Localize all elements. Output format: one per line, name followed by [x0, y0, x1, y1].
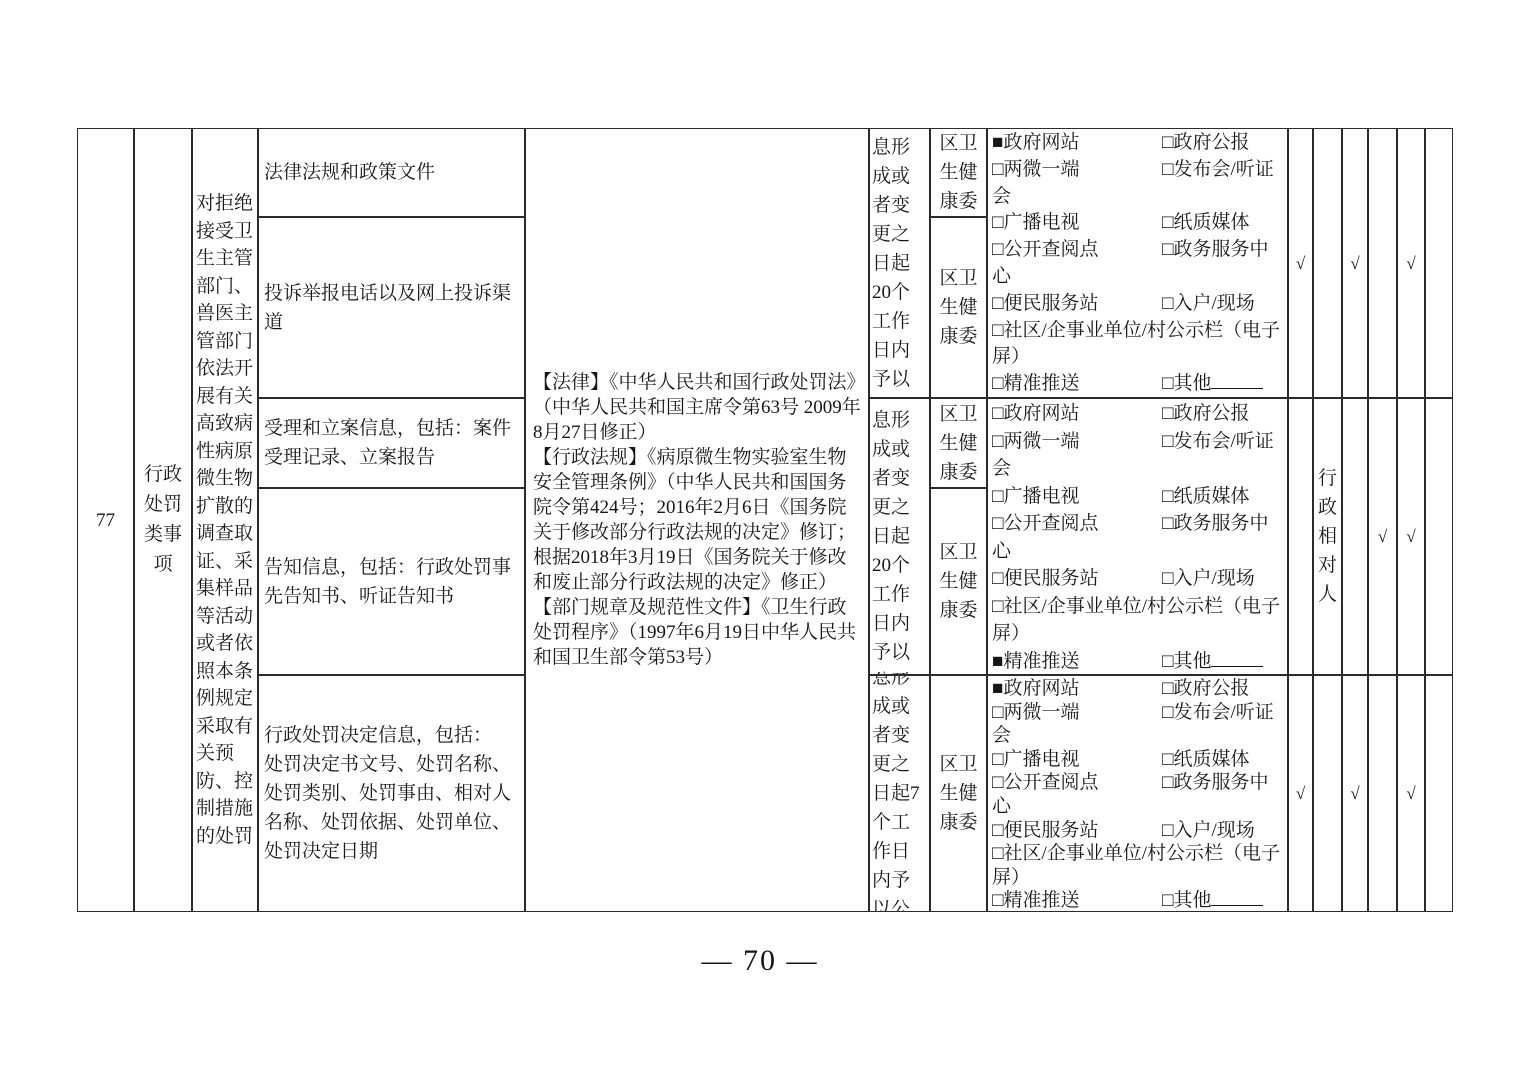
- channel-option: □入户/现场: [1162, 291, 1287, 318]
- channel-line: 心: [992, 538, 1287, 566]
- channel-line: □社区/企事业单位/村公示栏（电子: [992, 842, 1287, 866]
- time-limit: 自信息形成或者变更之日起7个工作日内予以公开: [872, 675, 927, 912]
- org-cell-3: 区卫生健康委: [930, 398, 987, 488]
- audience-cell: 行政相对人: [1313, 398, 1342, 675]
- channel-line: □广播电视□纸质媒体: [992, 748, 1287, 772]
- mark-cell: [1288, 398, 1313, 675]
- audience-label: 行政相对人: [1314, 464, 1341, 609]
- channel-option: □其他: [1162, 371, 1287, 398]
- content-label: 告知信息，包括：行政处罚事先告知书、听证告知书: [264, 553, 519, 611]
- org-cell-2: 区卫生健康委: [930, 217, 987, 398]
- channel-option: □政务服务中: [1162, 510, 1287, 538]
- time-limit: 自信息形成或者变更之日起20个工作日内予以公开: [872, 398, 927, 675]
- channel-option: □发布会/听证: [1162, 157, 1287, 184]
- channel-option: □便民服务站: [992, 819, 1162, 843]
- mark-cell: [1368, 128, 1397, 398]
- channel-option: □纸质媒体: [1162, 483, 1287, 511]
- org-label: 区卫生健康委: [931, 129, 986, 216]
- channels-cell-3: ■政府网站□政府公报 □两微一端□发布会/听证 会 □广播电视□纸质媒体 □公开…: [987, 675, 1288, 912]
- channel-option: □便民服务站: [992, 291, 1162, 318]
- channel-line: ■政府网站□政府公报: [992, 677, 1287, 701]
- time-limit-cell-1: 自信息形成或者变更之日起20个工作日内予以公开: [869, 128, 930, 398]
- channel-line: □便民服务站□入户/现场: [992, 819, 1287, 843]
- org-label: 区卫生健康委: [931, 750, 986, 837]
- check-mark: √: [1350, 780, 1359, 807]
- mark-cell: [1313, 675, 1342, 912]
- channel-option: □社区/企事业单位/村公示栏（电子: [992, 318, 1280, 345]
- org-label: 区卫生健康委: [931, 264, 986, 351]
- mark-cell: [1425, 128, 1453, 398]
- channel-line: □公开查阅点□政务服务中: [992, 771, 1287, 795]
- channel-line: 心: [992, 795, 1287, 819]
- channel-line: □精准推送□其他: [992, 371, 1287, 398]
- mark-cell: √: [1288, 675, 1313, 912]
- channel-option: □政务服务中: [1162, 237, 1287, 264]
- mark-cell: [1368, 675, 1397, 912]
- content-label: 行政处罚决定信息，包括： 处罚决定书文号、处罚名称、处罚类别、处罚事由、相对人名…: [264, 721, 519, 866]
- org-cell-4: 区卫生健康委: [930, 488, 987, 675]
- legal-law: 【法律】《中华人民共和国行政处罚法》（中华人民共和国主席令第63号 2009年8…: [533, 370, 861, 445]
- channel-option: □纸质媒体: [1162, 748, 1287, 772]
- check-mark: √: [1406, 250, 1415, 277]
- channel-option: □政府公报: [1162, 400, 1287, 428]
- mark-cell: [1425, 398, 1453, 675]
- channel-option: □两微一端: [992, 157, 1162, 184]
- channel-option: 心: [992, 795, 1162, 819]
- channel-line: 屏）: [992, 344, 1287, 371]
- channel-option: 屏）: [992, 344, 1162, 371]
- channel-line: 会: [992, 724, 1287, 748]
- document-page: 77 行政处罚类事项 对拒绝接受卫生主管部门、兽医主管部门依法开展有关高致病性病…: [0, 0, 1520, 1074]
- other-blank-line: [1211, 650, 1263, 667]
- seq-number: 77: [96, 507, 115, 534]
- mark-cell: √: [1397, 128, 1425, 398]
- channel-option: □公开查阅点: [992, 771, 1162, 795]
- org-cell-1: 区卫生健康委: [930, 128, 987, 217]
- mark-cell: [1342, 398, 1368, 675]
- channel-option: □政府网站: [992, 400, 1162, 428]
- channel-option: □广播电视: [992, 210, 1162, 237]
- channel-option: 会: [992, 455, 1162, 483]
- channel-option: 会: [992, 184, 1162, 211]
- matrix-table: 77 行政处罚类事项 对拒绝接受卫生主管部门、兽医主管部门依法开展有关高致病性病…: [77, 128, 1453, 912]
- time-limit-cell-2: 自信息形成或者变更之日起20个工作日内予以公开: [869, 398, 930, 675]
- channel-line: □两微一端□发布会/听证: [992, 701, 1287, 725]
- other-blank-line: [1211, 372, 1263, 389]
- channel-line: 会: [992, 184, 1287, 211]
- channel-option: □政府公报: [1162, 130, 1287, 157]
- channel-option: □其他: [1162, 648, 1287, 676]
- channel-line: 屏）: [992, 620, 1287, 648]
- other-blank-line: [1211, 889, 1263, 906]
- channel-option: □公开查阅点: [992, 510, 1162, 538]
- check-mark: √: [1296, 780, 1305, 807]
- content-label: 受理和立案信息，包括：案件受理记录、立案报告: [264, 414, 519, 472]
- page-number: — 70 —: [0, 944, 1520, 978]
- channel-option: □广播电视: [992, 748, 1162, 772]
- content-row-4: 告知信息，包括：行政处罚事先告知书、听证告知书: [258, 488, 525, 675]
- channel-option: □政务服务中: [1162, 771, 1287, 795]
- mark-cell: [1313, 128, 1342, 398]
- channel-option: ■政府网站: [992, 130, 1162, 157]
- mark-cell: √: [1342, 675, 1368, 912]
- channel-option: □广播电视: [992, 483, 1162, 511]
- channel-line: ■政府网站□政府公报: [992, 130, 1287, 157]
- channel-option: □社区/企事业单位/村公示栏（电子: [992, 842, 1280, 866]
- channels-cell-2: □政府网站□政府公报 □两微一端□发布会/听证 会 □广播电视□纸质媒体 □公开…: [987, 398, 1288, 675]
- channel-line: □社区/企事业单位/村公示栏（电子: [992, 593, 1287, 621]
- mark-cell: √: [1368, 398, 1397, 675]
- mark-cell: √: [1288, 128, 1313, 398]
- channel-option: 屏）: [992, 866, 1162, 890]
- org-label: 区卫生健康委: [931, 400, 986, 487]
- channel-option: □精准推送: [992, 371, 1162, 398]
- category-cell: 行政处罚类事项: [134, 128, 192, 912]
- channel-line: □社区/企事业单位/村公示栏（电子: [992, 318, 1287, 345]
- mark-cell: √: [1342, 128, 1368, 398]
- channel-line: 会: [992, 455, 1287, 483]
- mark-cell: √: [1397, 398, 1425, 675]
- channel-option: □两微一端: [992, 428, 1162, 456]
- channel-option: 心: [992, 264, 1162, 291]
- channel-line: □广播电视□纸质媒体: [992, 483, 1287, 511]
- org-label: 区卫生健康委: [931, 538, 986, 625]
- channel-option: 心: [992, 538, 1162, 566]
- channel-option: □入户/现场: [1162, 565, 1287, 593]
- check-mark: √: [1406, 523, 1415, 550]
- legal-regulation: 【行政法规】《病原微生物实验室生物安全管理条例》（中华人民共和国国务院令第424…: [533, 445, 861, 595]
- channel-line: 屏）: [992, 866, 1287, 890]
- time-limit-cell-3: 自信息形成或者变更之日起7个工作日内予以公开: [869, 675, 930, 912]
- time-limit: 自信息形成或者变更之日起20个工作日内予以公开: [872, 128, 927, 398]
- channel-line: □广播电视□纸质媒体: [992, 210, 1287, 237]
- channel-option: □社区/企事业单位/村公示栏（电子: [992, 593, 1280, 621]
- content-row-3: 受理和立案信息，包括：案件受理记录、立案报告: [258, 398, 525, 488]
- check-mark: √: [1350, 250, 1359, 277]
- mark-cell: [1425, 675, 1453, 912]
- channel-option: □其他: [1162, 889, 1287, 912]
- mark-cell: √: [1397, 675, 1425, 912]
- category-label: 行政处罚类事项: [135, 460, 191, 580]
- content-label: 法律法规和政策文件: [264, 158, 435, 187]
- check-mark: √: [1378, 523, 1387, 550]
- channel-option: □政府公报: [1162, 677, 1287, 701]
- channel-line: 心: [992, 264, 1287, 291]
- legal-department-rule: 【部门规章及规范性文件】《卫生行政处罚程序》（1997年6月19日中华人民共和国…: [533, 595, 861, 670]
- legal-basis-cell: 【法律】《中华人民共和国行政处罚法》（中华人民共和国主席令第63号 2009年8…: [525, 128, 869, 912]
- channel-option: 屏）: [992, 620, 1162, 648]
- org-cell-5: 区卫生健康委: [930, 675, 987, 912]
- channel-option: □公开查阅点: [992, 237, 1162, 264]
- channel-line: □公开查阅点□政务服务中: [992, 237, 1287, 264]
- item-cell: 对拒绝接受卫生主管部门、兽医主管部门依法开展有关高致病性病原微生物扩散的调查取证…: [192, 128, 258, 912]
- channel-option: □发布会/听证: [1162, 701, 1287, 725]
- channels-cell-1: ■政府网站□政府公报 □两微一端□发布会/听证 会 □广播电视□纸质媒体 □公开…: [987, 128, 1288, 398]
- item-label: 对拒绝接受卫生主管部门、兽医主管部门依法开展有关高致病性病原微生物扩散的调查取证…: [196, 190, 254, 850]
- channel-line: ■精准推送□其他: [992, 648, 1287, 676]
- channel-line: □公开查阅点□政务服务中: [992, 510, 1287, 538]
- content-row-5: 行政处罚决定信息，包括： 处罚决定书文号、处罚名称、处罚类别、处罚事由、相对人名…: [258, 675, 525, 912]
- channel-option: □入户/现场: [1162, 819, 1287, 843]
- channel-line: □政府网站□政府公报: [992, 400, 1287, 428]
- channel-line: □两微一端□发布会/听证: [992, 428, 1287, 456]
- seq-cell: 77: [77, 128, 134, 912]
- channel-option: □便民服务站: [992, 565, 1162, 593]
- channel-option: □两微一端: [992, 701, 1162, 725]
- channel-option: □精准推送: [992, 889, 1162, 912]
- channel-option: □纸质媒体: [1162, 210, 1287, 237]
- check-mark: √: [1296, 250, 1305, 277]
- content-label: 投诉举报电话以及网上投诉渠道: [264, 279, 519, 337]
- content-row-1: 法律法规和政策文件: [258, 128, 525, 217]
- channel-line: □便民服务站□入户/现场: [992, 291, 1287, 318]
- channel-line: □便民服务站□入户/现场: [992, 565, 1287, 593]
- channel-line: □两微一端□发布会/听证: [992, 157, 1287, 184]
- channel-option: □发布会/听证: [1162, 428, 1287, 456]
- content-row-2: 投诉举报电话以及网上投诉渠道: [258, 217, 525, 398]
- channel-option: ■政府网站: [992, 677, 1162, 701]
- channel-option: ■精准推送: [992, 648, 1162, 676]
- check-mark: √: [1406, 780, 1415, 807]
- channel-option: 会: [992, 724, 1162, 748]
- channel-line: □精准推送□其他: [992, 889, 1287, 912]
